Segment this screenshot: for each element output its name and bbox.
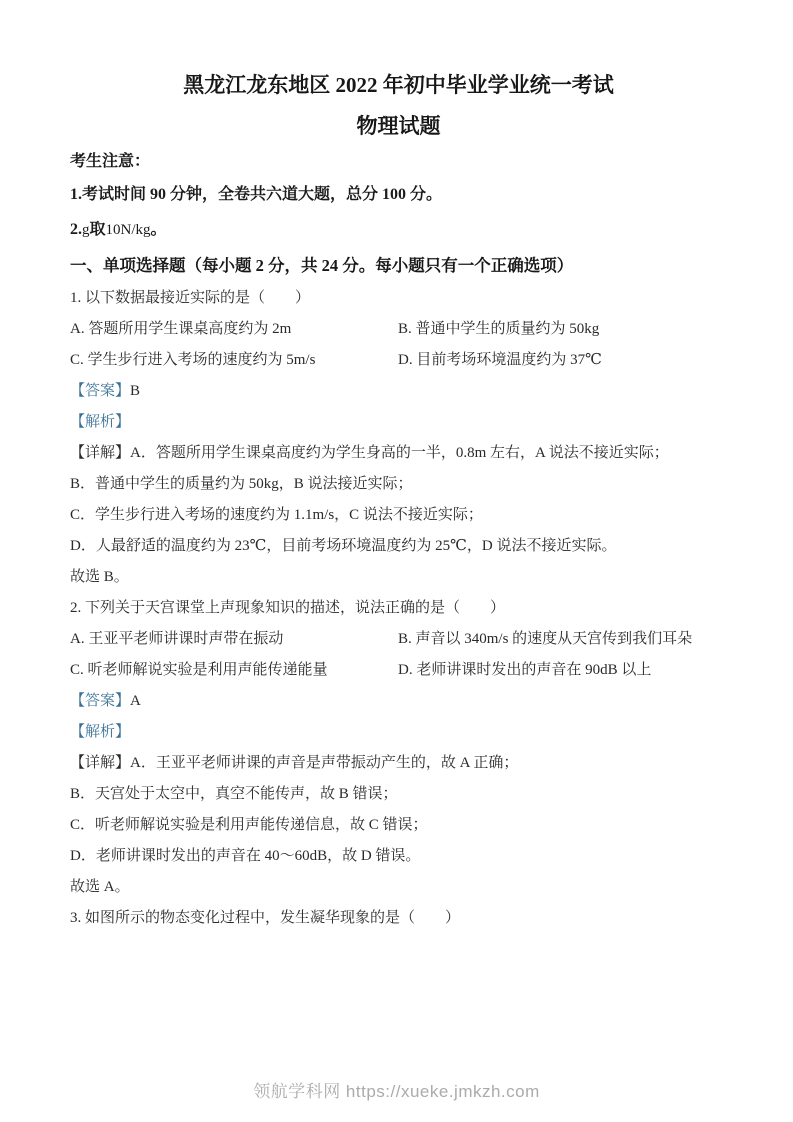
question-1-options-row-2: C. 学生步行进入考场的速度约为 5m/s D. 目前考场环境温度约为 37℃ (70, 351, 727, 370)
answer-line: 【答案】A (70, 692, 727, 711)
detail-line-d: D．人最舒适的温度约为 23℃，目前考场环境温度约为 25℃，D 说法不接近实际… (70, 537, 727, 556)
notice-item-2-symbol: g (82, 222, 90, 238)
detail-line-a: 【详解】A．王亚平老师讲课的声音是声带振动产生的，故 A 正确； (70, 754, 727, 773)
question-1-stem: 1. 以下数据最接近实际的是（ ） (70, 289, 727, 308)
analysis-line: 【解析】 (70, 413, 727, 432)
answer-marker: 【答案】 (70, 693, 130, 709)
option-c: C. 学生步行进入考场的速度约为 5m/s (70, 351, 398, 370)
detail-line-c: C．学生步行进入考场的速度约为 1.1m/s，C 说法不接近实际； (70, 506, 727, 525)
watermark: 领航学科网 https://xueke.jmkzh.com (0, 1077, 793, 1102)
detail-marker: 【详解】 (70, 445, 130, 461)
question-3-stem: 3. 如图所示的物态变化过程中，发生凝华现象的是（ ） (70, 909, 727, 928)
option-a: A. 王亚平老师讲课时声带在振动 (70, 630, 398, 649)
analysis-line: 【解析】 (70, 723, 727, 742)
notice-heading: 考生注意： (70, 152, 727, 171)
document-page: { "colors": { "answer_marker_accent": "#… (0, 0, 793, 1122)
detail-text: A．王亚平老师讲课的声音是声带振动产生的，故 A 正确； (130, 755, 518, 771)
option-b: B. 声音以 340m/s 的速度从天宫传到我们耳朵 (398, 630, 727, 649)
detail-line-a: 【详解】A．答题所用学生课桌高度约为学生身高的一半，0.8m 左右，A 说法不接… (70, 444, 727, 463)
question-block-3: 3. 如图所示的物态变化过程中，发生凝华现象的是（ ） (70, 909, 727, 928)
option-d: D. 目前考场环境温度约为 37℃ (398, 351, 727, 370)
detail-line-b: B．普通中学生的质量约为 50kg，B 说法接近实际； (70, 475, 727, 494)
question-2-options-row-2: C. 听老师解说实验是利用声能传递能量 D. 老师讲课时发出的声音在 90dB … (70, 661, 727, 680)
question-block-1: 1. 以下数据最接近实际的是（ ） A. 答题所用学生课桌高度约为 2m B. … (70, 289, 727, 587)
answer-value: A (130, 693, 141, 709)
answer-marker: 【答案】 (70, 383, 130, 399)
exam-title: 黑龙江龙东地区 2022 年初中毕业学业统一考试 (70, 72, 727, 98)
detail-line-d: D．老师讲课时发出的声音在 40～60dB，故 D 错误。 (70, 847, 727, 866)
notice-item-1: 1.考试时间 90 分钟，全卷共六道大题，总分 100 分。 (70, 185, 727, 204)
detail-line-c: C．听老师解说实验是利用声能传递信息，故 C 错误； (70, 816, 727, 835)
analysis-marker: 【解析】 (70, 724, 130, 740)
answer-line: 【答案】B (70, 382, 727, 401)
section-heading: 一、单项选择题（每小题 2 分，共 24 分。每小题只有一个正确选项） (70, 256, 727, 275)
exam-paper: 黑龙江龙东地区 2022 年初中毕业学业统一考试 物理试题 考生注意： 1.考试… (0, 0, 793, 928)
detail-line-b: B．天宫处于太空中，真空不能传声，故 B 错误； (70, 785, 727, 804)
question-block-2: 2. 下列关于天宫课堂上声现象知识的描述，说法正确的是（ ） A. 王亚平老师讲… (70, 599, 727, 897)
detail-marker: 【详解】 (70, 755, 130, 771)
notice-item-2-value: 10N/kg (106, 222, 151, 238)
notice-item-2-number: 2. (70, 221, 82, 238)
question-2-stem: 2. 下列关于天宫课堂上声现象知识的描述，说法正确的是（ ） (70, 599, 727, 618)
notice-item-2: 2.g取10N/kg。 (70, 220, 727, 240)
conclusion-line: 故选 A。 (70, 878, 727, 897)
option-c: C. 听老师解说实验是利用声能传递能量 (70, 661, 398, 680)
detail-text: A．答题所用学生课桌高度约为学生身高的一半，0.8m 左右，A 说法不接近实际； (130, 445, 669, 461)
option-b: B. 普通中学生的质量约为 50kg (398, 320, 727, 339)
option-a: A. 答题所用学生课桌高度约为 2m (70, 320, 398, 339)
notice-item-2-period: 。 (151, 221, 167, 238)
exam-subtitle: 物理试题 (70, 113, 727, 139)
conclusion-line: 故选 B。 (70, 568, 727, 587)
analysis-marker: 【解析】 (70, 414, 130, 430)
option-d: D. 老师讲课时发出的声音在 90dB 以上 (398, 661, 727, 680)
answer-value: B (130, 383, 140, 399)
question-2-options-row-1: A. 王亚平老师讲课时声带在振动 B. 声音以 340m/s 的速度从天宫传到我… (70, 630, 727, 649)
question-1-options-row-1: A. 答题所用学生课桌高度约为 2m B. 普通中学生的质量约为 50kg (70, 320, 727, 339)
notice-item-2-verb: 取 (90, 221, 106, 238)
